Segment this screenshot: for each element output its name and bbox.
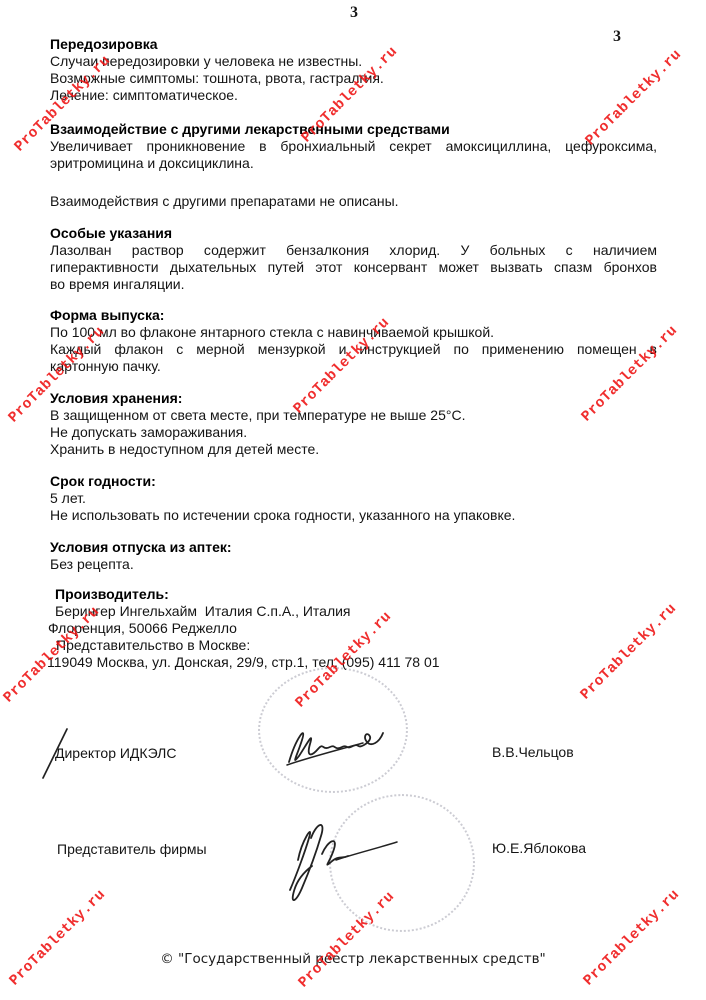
section-interactions-note: Взаимодействия с другими препаратами не … bbox=[50, 193, 657, 210]
section-form: Форма выпуска: По 100 мл во флаконе янта… bbox=[50, 307, 657, 375]
watermark-protabletky: ProTabletky.ru bbox=[7, 887, 109, 989]
page-number: 3 bbox=[350, 4, 358, 22]
body-line: Каждый флакон с мерной мензуркой и инстр… bbox=[50, 341, 657, 358]
section-manufacturer: Производитель: Берингер Ингельхайм Итали… bbox=[47, 586, 654, 671]
section-heading: Условия отпуска из аптек: bbox=[50, 539, 657, 556]
body-line: Берингер Ингельхайм Италия С.п.А., Итали… bbox=[47, 603, 654, 620]
body-line: эритромицина и доксициклина. bbox=[50, 155, 657, 172]
watermark-protabletky: ProTabletky.ru bbox=[581, 887, 683, 989]
section-heading: Передозировка bbox=[50, 36, 657, 53]
section-heading: Особые указания bbox=[50, 225, 657, 242]
section-interactions: Взаимодействие с другими лекарственными … bbox=[50, 121, 657, 172]
body-line: Лечение: симптоматическое. bbox=[50, 87, 657, 104]
body-line: Хранить в недоступном для детей месте. bbox=[50, 441, 657, 458]
section-heading: Срок годности: bbox=[50, 473, 657, 490]
signatory-name: В.В.Чельцов bbox=[492, 744, 574, 760]
signature-director bbox=[283, 718, 389, 772]
signatory-title: Представитель фирмы bbox=[57, 841, 207, 857]
section-special-notes: Особые указания Лазолван раствор содержи… bbox=[50, 225, 657, 293]
body-line: Представительство в Москве: bbox=[47, 637, 654, 654]
body-line: 5 лет. bbox=[50, 490, 657, 507]
signature-representative bbox=[278, 812, 400, 910]
body-line: Возможные симптомы: тошнота, рвота, гаст… bbox=[50, 70, 657, 87]
signatory-title: Директор ИДКЭЛС bbox=[55, 745, 176, 761]
body-line: Увеличивает проникновение в бронхиальный… bbox=[50, 138, 657, 155]
copyright-footer: © "Государственный реестр лекарственных … bbox=[0, 951, 706, 967]
body-line: Не допускать замораживания. bbox=[50, 424, 657, 441]
body-line: Лазолван раствор содержит бензалкония хл… bbox=[50, 242, 657, 259]
section-heading: Условия хранения: bbox=[50, 390, 657, 407]
section-dispensing: Условия отпуска из аптек: Без рецепта. bbox=[50, 539, 657, 573]
body-line: В защищенном от света месте, при темпера… bbox=[50, 407, 657, 424]
section-heading: Форма выпуска: bbox=[50, 307, 657, 324]
handwritten-slash bbox=[40, 726, 70, 781]
body-line: Не использовать по истечении срока годно… bbox=[50, 507, 657, 524]
section-shelf-life: Срок годности: 5 лет. Не использовать по… bbox=[50, 473, 657, 524]
document-page: 3 3 ProTabletky.ru ProTabletky.ru ProTab… bbox=[0, 0, 706, 1000]
section-storage: Условия хранения: В защищенном от света … bbox=[50, 390, 657, 458]
body-line: Взаимодействия с другими препаратами не … bbox=[50, 193, 657, 210]
body-line: Флоренция, 50066 Реджелло bbox=[47, 620, 654, 637]
body-line: гиперактивности дыхательных путей этот к… bbox=[50, 259, 657, 276]
signatory-name: Ю.Е.Яблокова bbox=[492, 840, 586, 856]
body-line: во время ингаляции. bbox=[50, 276, 657, 293]
body-line: Случаи передозировки у человека не извес… bbox=[50, 53, 657, 70]
section-heading: Взаимодействие с другими лекарственными … bbox=[50, 121, 657, 138]
body-line: 119049 Москва, ул. Донская, 29/9, стр.1,… bbox=[47, 654, 654, 671]
body-line: Без рецепта. bbox=[50, 556, 657, 573]
section-overdose: Передозировка Случаи передозировки у чел… bbox=[50, 36, 657, 104]
body-line: По 100 мл во флаконе янтарного стекла с … bbox=[50, 324, 657, 341]
section-heading: Производитель: bbox=[47, 586, 654, 603]
body-line: картонную пачку. bbox=[50, 358, 657, 375]
